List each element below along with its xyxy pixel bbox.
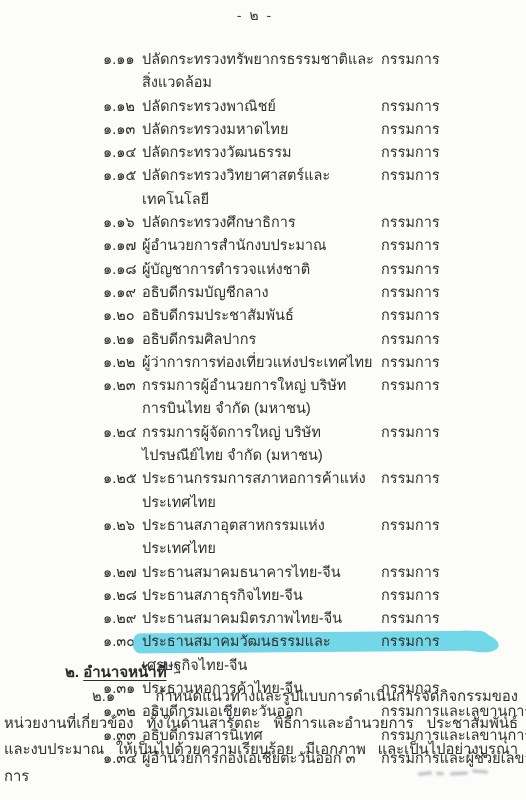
item-name: ประธานสมาคมวัฒนธรรมและเศรษฐกิจไทย-จีน xyxy=(142,631,381,678)
item-role: กรรมการ xyxy=(381,375,526,422)
committee-row: ๑.๑๙อธิบดีกรมบัญชีกลางกรรมการ xyxy=(103,282,526,305)
item-number: ๑.๑๕ xyxy=(103,165,142,212)
committee-row: ๑.๒๐อธิบดีกรมประชาสัมพันธ์กรรมการ xyxy=(103,305,526,328)
committee-row: ๑.๑๗ผู้อำนวยการสำนักงบประมาณกรรมการ xyxy=(103,235,526,258)
item-number: ๑.๑๔ xyxy=(103,142,142,165)
committee-row: ๑.๑๖ปลัดกระทรวงศึกษาธิการกรรมการ xyxy=(103,212,526,235)
item-number: ๑.๒๖ xyxy=(103,515,142,562)
committee-row: ๑.๒๒ผู้ว่าการการท่องเที่ยวแห่งประเทศไทยก… xyxy=(103,352,526,375)
committee-row: ๑.๑๓ปลัดกระทรวงมหาดไทยกรรมการ xyxy=(103,119,526,142)
item-name: ประธานสมาคมธนาคารไทย-จีน xyxy=(142,562,381,585)
item-role: กรรมการ xyxy=(381,631,526,678)
item-name: ผู้บัญชาการตำรวจแห่งชาติ xyxy=(142,259,381,282)
item-role: กรรมการ xyxy=(381,165,526,212)
item-name: ปลัดกระทรวงมหาดไทย xyxy=(142,119,381,142)
item-role: กรรมการ xyxy=(381,235,526,258)
item-name: ประธานสมาคมมิตรภาพไทย-จีน xyxy=(142,608,381,631)
item-number: ๑.๑๙ xyxy=(103,282,142,305)
item-name: ประธานกรรมการสภาหอการค้าแห่งประเทศไทย xyxy=(142,468,381,515)
item-number: ๑.๑๒ xyxy=(103,96,142,119)
committee-row: ๑.๒๖ประธานสภาอุตสาหกรรมแห่งประเทศไทยกรรม… xyxy=(103,515,526,562)
committee-row: ๑.๑๒ปลัดกระทรวงพาณิชย์กรรมการ xyxy=(103,96,526,119)
item-name: กรรมการผู้จัดการใหญ่ บริษัท ไปรษณีย์ไทย … xyxy=(142,422,381,469)
item-role: กรรมการ xyxy=(381,282,526,305)
committee-row: ๑.๒๕ประธานกรรมการสภาหอการค้าแห่งประเทศไท… xyxy=(103,468,526,515)
item-role: กรรมการ xyxy=(381,259,526,282)
item-number: ๑.๑๗ xyxy=(103,235,142,258)
item-number: ๑.๑๖ xyxy=(103,212,142,235)
item-name: ประธานสภาอุตสาหกรรมแห่งประเทศไทย xyxy=(142,515,381,562)
committee-row: ๑.๒๑อธิบดีกรมศิลปากรกรรมการ xyxy=(103,329,526,352)
item-role: กรรมการ xyxy=(381,608,526,631)
item-name: กรรมการผู้อำนวยการใหญ่ บริษัท การบินไทย … xyxy=(142,375,381,422)
item-name: ปลัดกระทรวงศึกษาธิการ xyxy=(142,212,381,235)
faint-ink-smudge xyxy=(418,768,496,782)
item-number: ๑.๒๙ xyxy=(103,608,142,631)
item-role: กรรมการ xyxy=(381,422,526,469)
item-role: กรรมการ xyxy=(381,585,526,608)
committee-row: ๑.๒๓กรรมการผู้อำนวยการใหญ่ บริษัท การบิน… xyxy=(103,375,526,422)
committee-row: ๑.๑๕ปลัดกระทรวงวิทยาศาสตร์และเทคโนโลยีกร… xyxy=(103,165,526,212)
committee-row: ๑.๒๘ประธานสภาธุรกิจไทย-จีนกรรมการ xyxy=(103,585,526,608)
item-number: ๑.๒๓ xyxy=(103,375,142,422)
item-role: กรรมการ xyxy=(381,96,526,119)
item-number: ๑.๑๓ xyxy=(103,119,142,142)
item-number: ๑.๑๘ xyxy=(103,259,142,282)
committee-list: ๑.๑๑ปลัดกระทรวงทรัพยากรธรรมชาติและสิ่งแว… xyxy=(103,49,526,771)
item-role: กรรมการ xyxy=(381,49,526,96)
item-number: ๑.๒๐ xyxy=(103,305,142,328)
item-name: ปลัดกระทรวงทรัพยากรธรรมชาติและสิ่งแวดล้อ… xyxy=(142,49,381,96)
committee-row: ๑.๑๔ปลัดกระทรวงวัฒนธรรมกรรมการ xyxy=(103,142,526,165)
item-role: กรรมการ xyxy=(381,329,526,352)
item-role: กรรมการ xyxy=(381,515,526,562)
item-number: ๑.๑๑ xyxy=(103,49,142,96)
item-name: อธิบดีกรมบัญชีกลาง xyxy=(142,282,381,305)
item-number: ๑.๒๒ xyxy=(103,352,142,375)
scanned-document-page: - ๒ - ๑.๑๑ปลัดกระทรวงทรัพยากรธรรมชาติและ… xyxy=(0,0,526,800)
item-name: ประธานสภาธุรกิจไทย-จีน xyxy=(142,585,381,608)
committee-row: ๑.๒๔กรรมการผู้จัดการใหญ่ บริษัท ไปรษณีย์… xyxy=(103,422,526,469)
item-name: ผู้อำนวยการสำนักงบประมาณ xyxy=(142,235,381,258)
item-name: ปลัดกระทรวงวัฒนธรรม xyxy=(142,142,381,165)
item-role: กรรมการ xyxy=(381,119,526,142)
item-number: ๑.๒๑ xyxy=(103,329,142,352)
committee-row: ๑.๑๘ผู้บัญชาการตำรวจแห่งชาติกรรมการ xyxy=(103,259,526,282)
item-name: อธิบดีกรมประชาสัมพันธ์ xyxy=(142,305,381,328)
committee-row: ๑.๒๙ประธานสมาคมมิตรภาพไทย-จีนกรรมการ xyxy=(103,608,526,631)
item-role: กรรมการ xyxy=(381,142,526,165)
item-number: ๑.๒๕ xyxy=(103,468,142,515)
committee-row: ๑.๑๑ปลัดกระทรวงทรัพยากรธรรมชาติและสิ่งแว… xyxy=(103,49,526,96)
section-2-number: ๒. xyxy=(65,664,79,681)
item-name: ปลัดกระทรวงวิทยาศาสตร์และเทคโนโลยี xyxy=(142,165,381,212)
committee-row: ๑.๒๗ประธานสมาคมธนาคารไทย-จีนกรรมการ xyxy=(103,562,526,585)
item-name: ปลัดกระทรวงพาณิชย์ xyxy=(142,96,381,119)
committee-row: ๑.๓๐ประธานสมาคมวัฒนธรรมและเศรษฐกิจไทย-จี… xyxy=(103,631,526,678)
item-number: ๑.๒๗ xyxy=(103,562,142,585)
item-number: ๑.๒๘ xyxy=(103,585,142,608)
item-number: ๑.๒๔ xyxy=(103,422,142,469)
item-name: อธิบดีกรมศิลปากร xyxy=(142,329,381,352)
item-role: กรรมการ xyxy=(381,562,526,585)
item-role: กรรมการ xyxy=(381,468,526,515)
item-role: กรรมการ xyxy=(381,212,526,235)
item-role: กรรมการ xyxy=(381,352,526,375)
item-name: ผู้ว่าการการท่องเที่ยวแห่งประเทศไทย xyxy=(142,352,381,375)
page-number: - ๒ - xyxy=(0,5,510,27)
item-role: กรรมการ xyxy=(381,305,526,328)
